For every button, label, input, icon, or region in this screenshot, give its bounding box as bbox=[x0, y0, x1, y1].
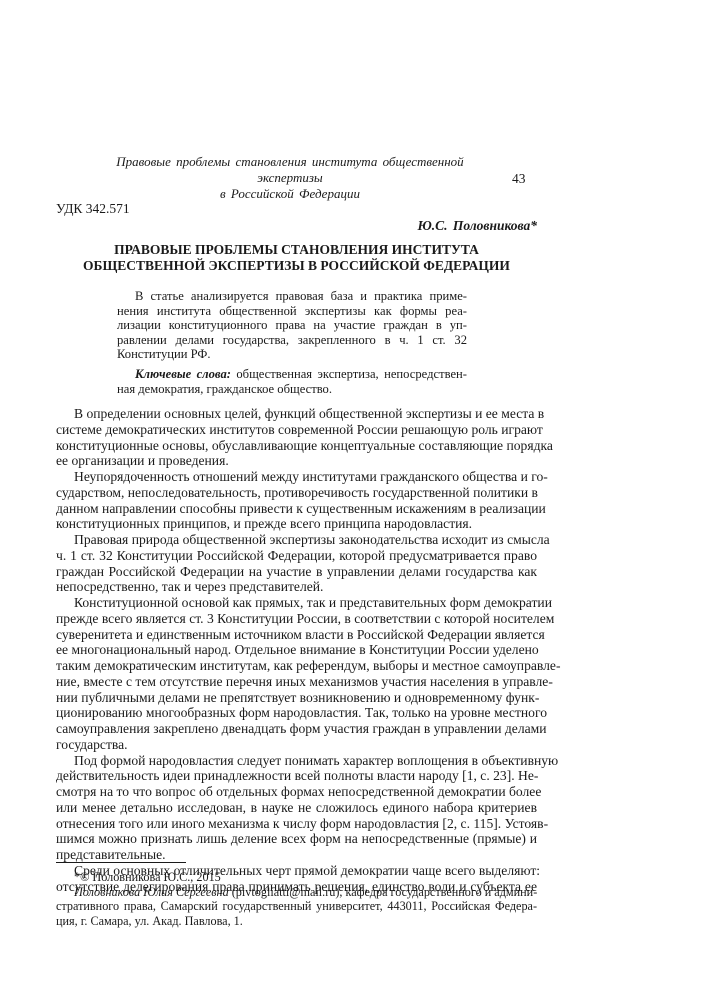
footnote-author-line-1: Половникова Юлия Сергеевна (pivtogliatti… bbox=[56, 885, 537, 900]
body-line: конституционные основы, обуславливающие … bbox=[56, 438, 537, 454]
abstract-line: равлении делами государства, закрепленно… bbox=[117, 333, 467, 348]
body-line: смотря на то что вопрос об отдельных фор… bbox=[56, 784, 537, 800]
abstract-line: Конституции РФ. bbox=[117, 347, 467, 362]
body-line: непосредственно, так и через представите… bbox=[56, 579, 537, 595]
keywords-text: общественная экспертиза, непосредствен- bbox=[231, 367, 467, 381]
footnote-divider bbox=[56, 862, 186, 863]
body-line: отнесения того или иного механизма к чис… bbox=[56, 816, 537, 832]
body-line: ее многонациональный народ. Отдельное вн… bbox=[56, 642, 537, 658]
running-head-line-2: в Российской Федерации bbox=[90, 186, 490, 202]
body-line: системе демократических институтов совре… bbox=[56, 422, 537, 438]
body-line: или менее детально исследован, в науке н… bbox=[56, 800, 537, 816]
footnotes: *© Половникова Ю.С., 2015 Половникова Юл… bbox=[56, 870, 537, 928]
udk-code: УДК 342.571 bbox=[56, 201, 130, 217]
keywords-line-1: Ключевые слова: общественная экспертиза,… bbox=[117, 367, 467, 382]
body-line: шимся можно признать лишь деление всех ф… bbox=[56, 831, 537, 847]
body-line: данном направлении способны привести к с… bbox=[56, 501, 537, 517]
body-line: граждан Российской Федерации на участие … bbox=[56, 564, 537, 580]
body-line: государства. bbox=[56, 737, 537, 753]
article-title: ПРАВОВЫЕ ПРОБЛЕМЫ СТАНОВЛЕНИЯ ИНСТИТУТА … bbox=[56, 242, 537, 274]
body-line: суверенитета и единственным источником в… bbox=[56, 627, 537, 643]
footnote-copyright: *© Половникова Ю.С., 2015 bbox=[56, 870, 537, 885]
body-line: Правовая природа общественной экспертизы… bbox=[56, 532, 537, 548]
body-line: представительные. bbox=[56, 847, 537, 863]
body-line: В определении основных целей, функций об… bbox=[56, 406, 537, 422]
body-line: ч. 1 ст. 32 Конституции Российской Федер… bbox=[56, 548, 537, 564]
body-line: нии публичными делами не препятствует во… bbox=[56, 690, 537, 706]
body-line: Под формой народовластия следует понимат… bbox=[56, 753, 537, 769]
abstract-line: В статье анализируется правовая база и п… bbox=[117, 289, 467, 304]
abstract: В статье анализируется правовая база и п… bbox=[117, 289, 467, 362]
title-line-2: ОБЩЕСТВЕННОЙ ЭКСПЕРТИЗЫ В РОССИЙСКОЙ ФЕД… bbox=[56, 258, 537, 274]
abstract-line: нения института общественной экспертизы … bbox=[117, 304, 467, 319]
body-line: сударством, непоследовательность, против… bbox=[56, 485, 537, 501]
footnote-author-info: (pivtogliatti@mail.ru), кафедра государс… bbox=[229, 885, 538, 899]
page-number: 43 bbox=[512, 171, 526, 187]
body-line: ционированию многообразных форм народовл… bbox=[56, 705, 537, 721]
keywords-line-2: ная демократия, гражданское общество. bbox=[117, 382, 467, 397]
body-line: прежде всего является ст. 3 Конституции … bbox=[56, 611, 537, 627]
article-body: В определении основных целей, функций об… bbox=[56, 406, 537, 894]
keywords: Ключевые слова: общественная экспертиза,… bbox=[117, 367, 467, 397]
body-line: Конституционной основой как прямых, так … bbox=[56, 595, 537, 611]
footnote-author-line-3: ция, г. Самара, ул. Акад. Павлова, 1. bbox=[56, 914, 537, 929]
abstract-line: лизации конституционного права на участи… bbox=[117, 318, 467, 333]
body-line: ние, вместе с тем отсутствие перечня ины… bbox=[56, 674, 537, 690]
body-line: ее организации и проведения. bbox=[56, 453, 537, 469]
body-line: конституционных принципов, и прежде всег… bbox=[56, 516, 537, 532]
body-line: таким демократическим институтам, как ре… bbox=[56, 658, 537, 674]
title-line-1: ПРАВОВЫЕ ПРОБЛЕМЫ СТАНОВЛЕНИЯ ИНСТИТУТА bbox=[56, 242, 537, 258]
body-line: действительность идеи принадлежности все… bbox=[56, 768, 537, 784]
running-head-line-1: Правовые проблемы становления института … bbox=[90, 154, 490, 186]
footnote-author-line-2: стративного права, Самарский государстве… bbox=[56, 899, 537, 914]
body-line: самоуправления закреплено двенадцать фор… bbox=[56, 721, 537, 737]
body-line: Неупорядоченность отношений между инстит… bbox=[56, 469, 537, 485]
author-name: Ю.С. Половникова* bbox=[300, 218, 537, 234]
keywords-label: Ключевые слова: bbox=[135, 367, 231, 381]
running-head: Правовые проблемы становления института … bbox=[90, 154, 490, 202]
footnote-author-name: Половникова Юлия Сергеевна bbox=[74, 885, 229, 899]
